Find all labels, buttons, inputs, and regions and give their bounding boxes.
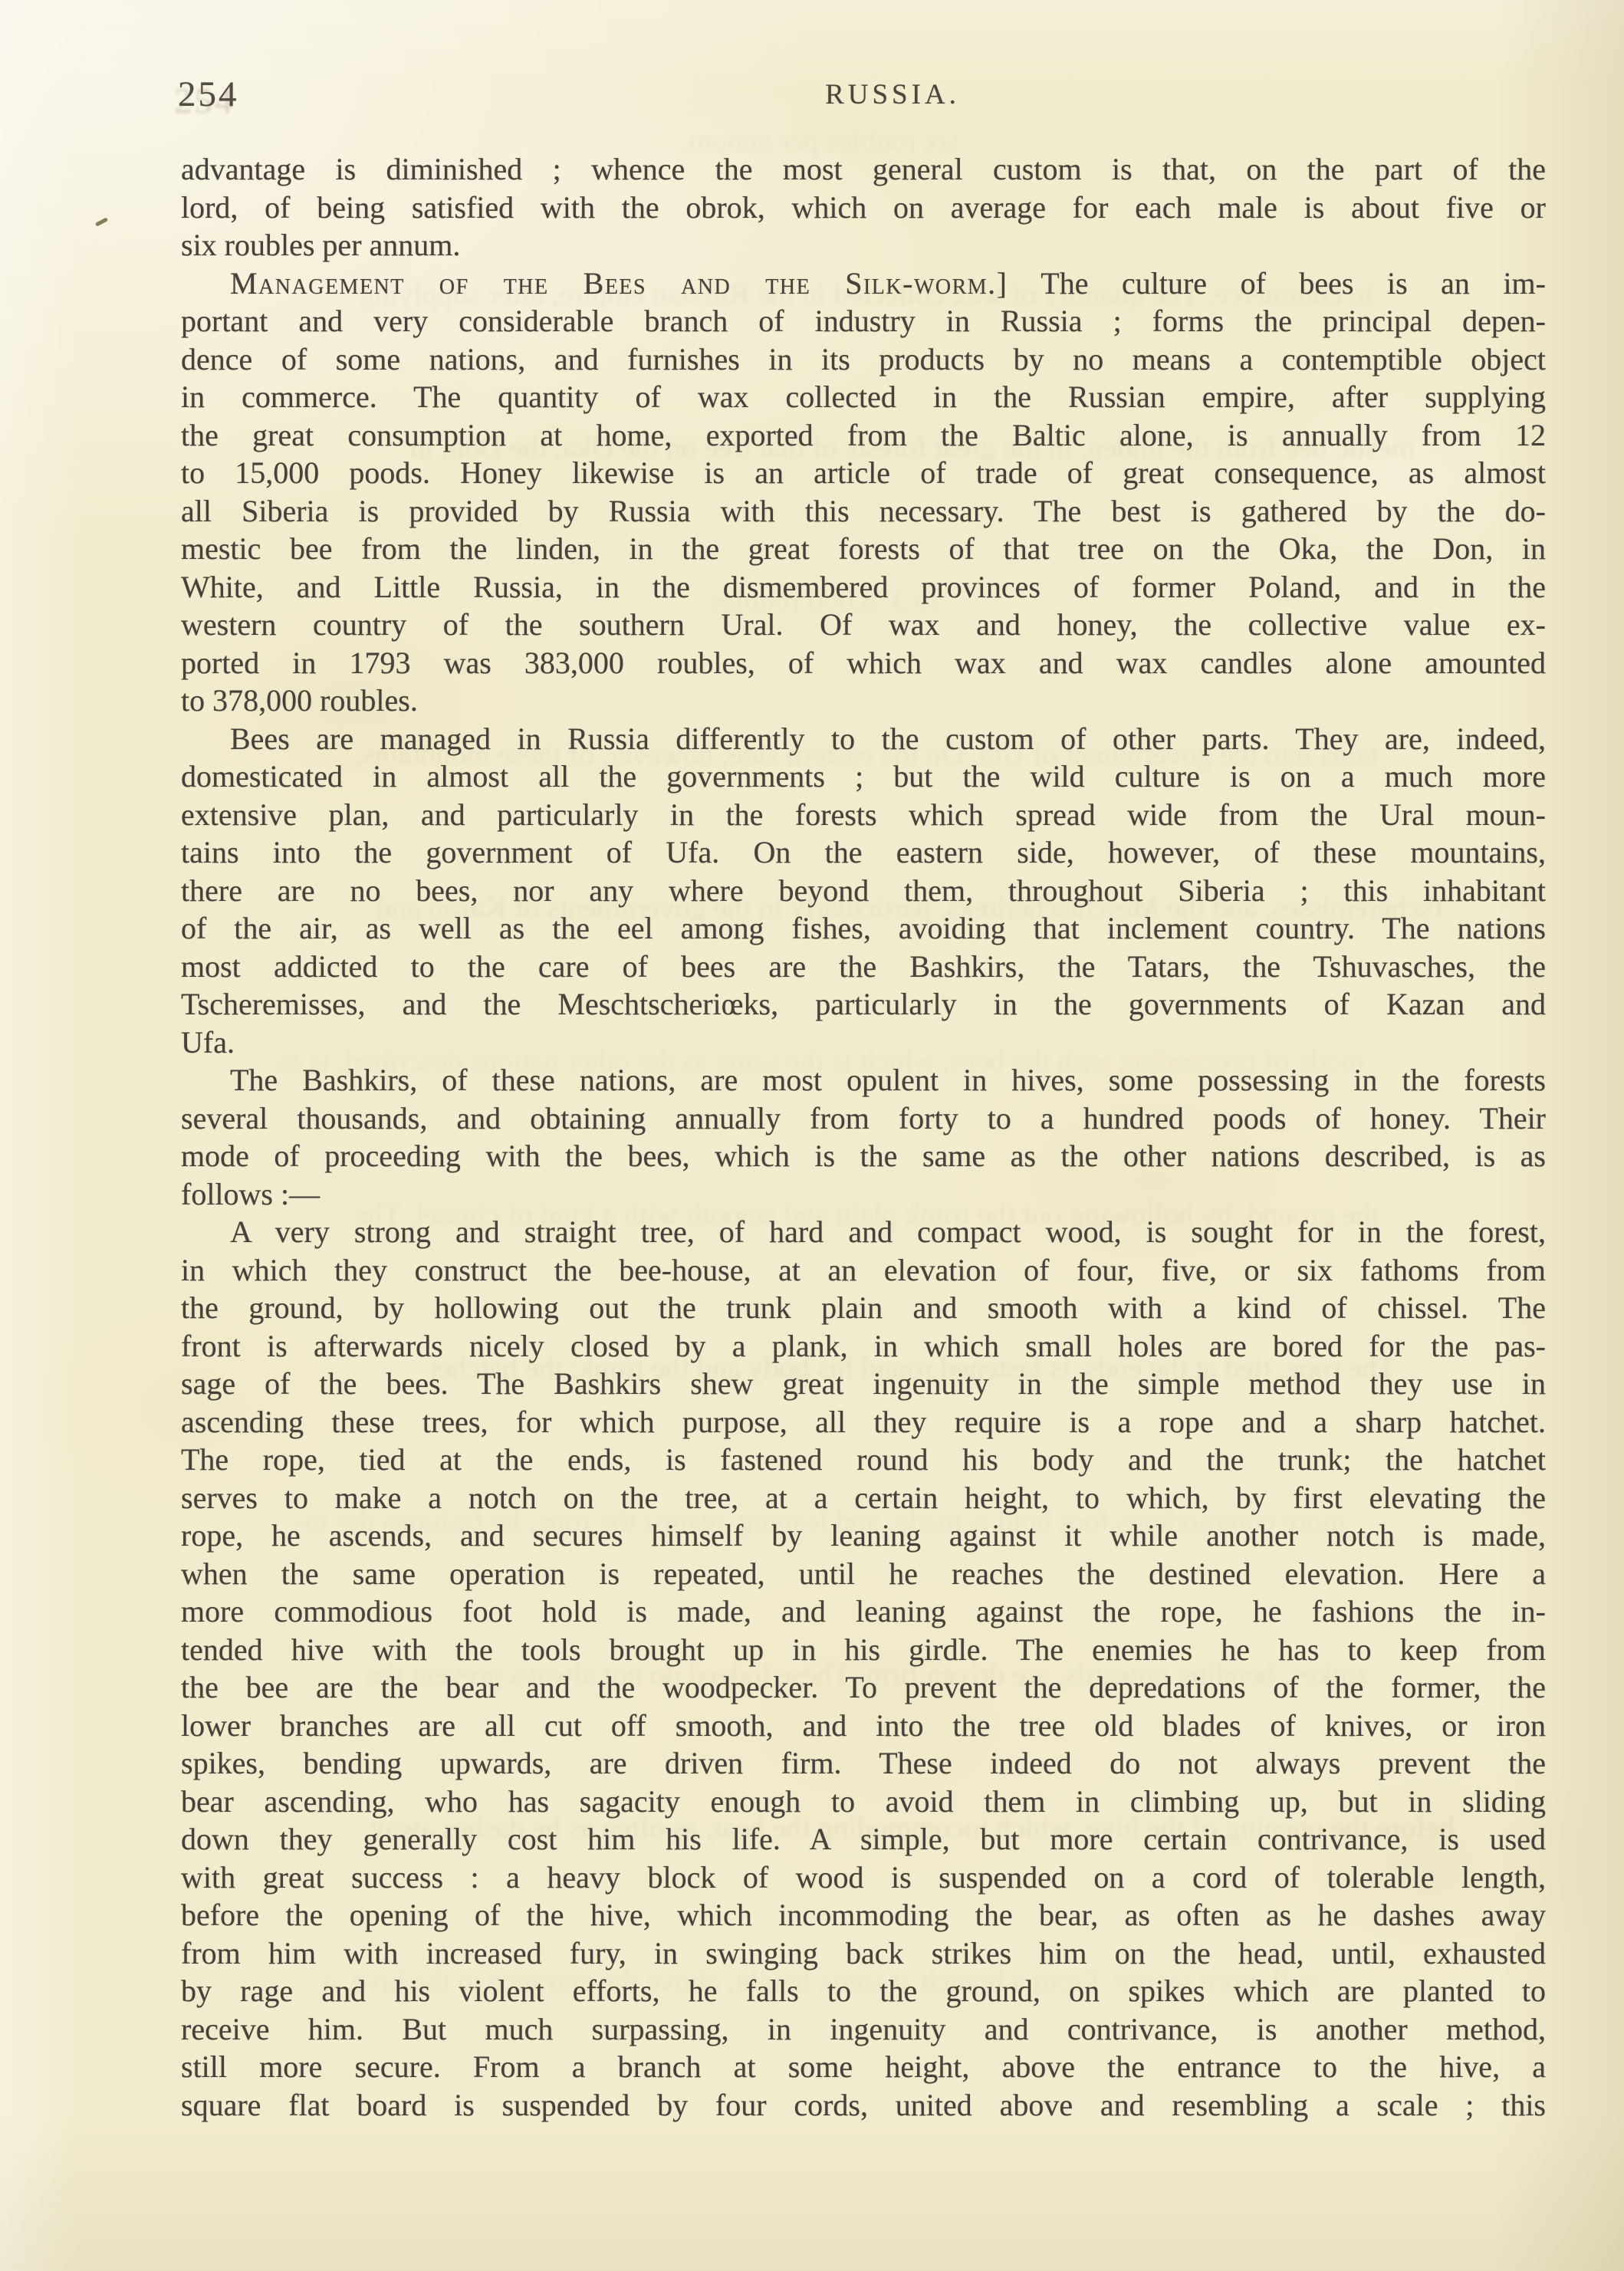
text-line: with great success : a heavy block of wo… (181, 1859, 1546, 1897)
text-line: front is afterwards nicely closed by a p… (181, 1327, 1546, 1366)
text-line: spikes, bending upwards, are driven firm… (181, 1744, 1546, 1783)
text-line: still more secure. From a branch at some… (181, 2048, 1546, 2086)
text-line: down they generally cost him his life. A… (181, 1820, 1546, 1859)
text-line: lower branches are all cut off smooth, a… (181, 1707, 1546, 1745)
text-line: bear ascending, who has sagacity enough … (181, 1783, 1546, 1821)
text-line: extensive plan, and particularly in the … (181, 796, 1546, 834)
text-line: receive him. But much surpassing, in ing… (181, 2010, 1546, 2049)
text-line: by rage and his violent efforts, he fall… (181, 1972, 1546, 2010)
text-line: in commerce. The quantity of wax collect… (181, 378, 1546, 416)
text-line: The Bashkirs, of these nations, are most… (181, 1061, 1546, 1099)
text-line: Management of the Bees and the Silk-worm… (181, 265, 1546, 303)
text-line: to 378,000 roubles. (181, 682, 1546, 720)
text-line: in which they construct the bee-house, a… (181, 1251, 1546, 1290)
text-line: serves to make a notch on the tree, at a… (181, 1479, 1546, 1517)
text-line: The rope, tied at the ends, is fastened … (181, 1441, 1546, 1479)
text-line: Tscheremisses, and the Meschtscheriœks, … (181, 985, 1546, 1024)
text-line: several thousands, and obtaining annuall… (181, 1099, 1546, 1138)
text-line: A very strong and straight tree, of hard… (181, 1213, 1546, 1251)
text-line: sage of the bees. The Bashkirs shew grea… (181, 1365, 1546, 1403)
text-line: Bees are managed in Russia differently t… (181, 720, 1546, 758)
text-line: mode of proceeding with the bees, which … (181, 1137, 1546, 1175)
text-block: advantage is diminished ; whence the mos… (181, 150, 1546, 2124)
text-line: more commodious foot hold is made, and l… (181, 1592, 1546, 1631)
ink-mark (95, 217, 108, 226)
text-line: six roubles per annum. (181, 226, 1546, 265)
text-line: Ufa. (181, 1024, 1546, 1062)
text-line: before the opening of the hive, which in… (181, 1896, 1546, 1934)
text-line: ascending these trees, for which purpose… (181, 1403, 1546, 1441)
text-line: portant and very considerable branch of … (181, 302, 1546, 340)
text-line: ported in 1793 was 383,000 roubles, of w… (181, 644, 1546, 682)
text-line: advantage is diminished ; whence the mos… (181, 150, 1546, 189)
text-line: the bee are the bear and the woodpecker.… (181, 1668, 1546, 1707)
text-line: dence of some nations, and furnishes in … (181, 340, 1546, 379)
text-line: of the air, as well as the eel among fis… (181, 909, 1546, 948)
text-line: from him with increased fury, in swingin… (181, 1934, 1546, 1973)
text-line: to 15,000 poods. Honey likewise is an ar… (181, 454, 1546, 492)
text-line: White, and Little Russia, in the dismemb… (181, 568, 1546, 606)
text-line: tended hive with the tools brought up in… (181, 1631, 1546, 1669)
text-line: the great consumption at home, exported … (181, 416, 1546, 455)
text-line: rope, he ascends, and secures himself by… (181, 1517, 1546, 1555)
running-header: RUSSIA. (181, 78, 1546, 111)
text-line: square flat board is suspended by four c… (181, 2086, 1546, 2125)
text-line: western country of the southern Ural. Of… (181, 606, 1546, 644)
text-line: all Siberia is provided by Russia with t… (181, 492, 1546, 531)
text-line: domesticated in almost all the governmen… (181, 758, 1546, 796)
text-line: most addicted to the care of bees are th… (181, 948, 1546, 986)
text-line: mestic bee from the linden, in the great… (181, 530, 1546, 568)
section-heading: Management of the Bees and the Silk-worm… (230, 266, 1008, 301)
text-line: the ground, by hollowing out the trunk p… (181, 1289, 1546, 1327)
text-line: follows :— (181, 1175, 1546, 1214)
book-page: six roubles per annum.in commerce. The q… (0, 0, 1624, 2271)
text-line: lord, of being satisfied with the obrok,… (181, 189, 1546, 227)
text-line: when the same operation is repeated, unt… (181, 1555, 1546, 1593)
text-line: there are no bees, nor any where beyond … (181, 872, 1546, 910)
text-line: tains into the government of Ufa. On the… (181, 833, 1546, 872)
